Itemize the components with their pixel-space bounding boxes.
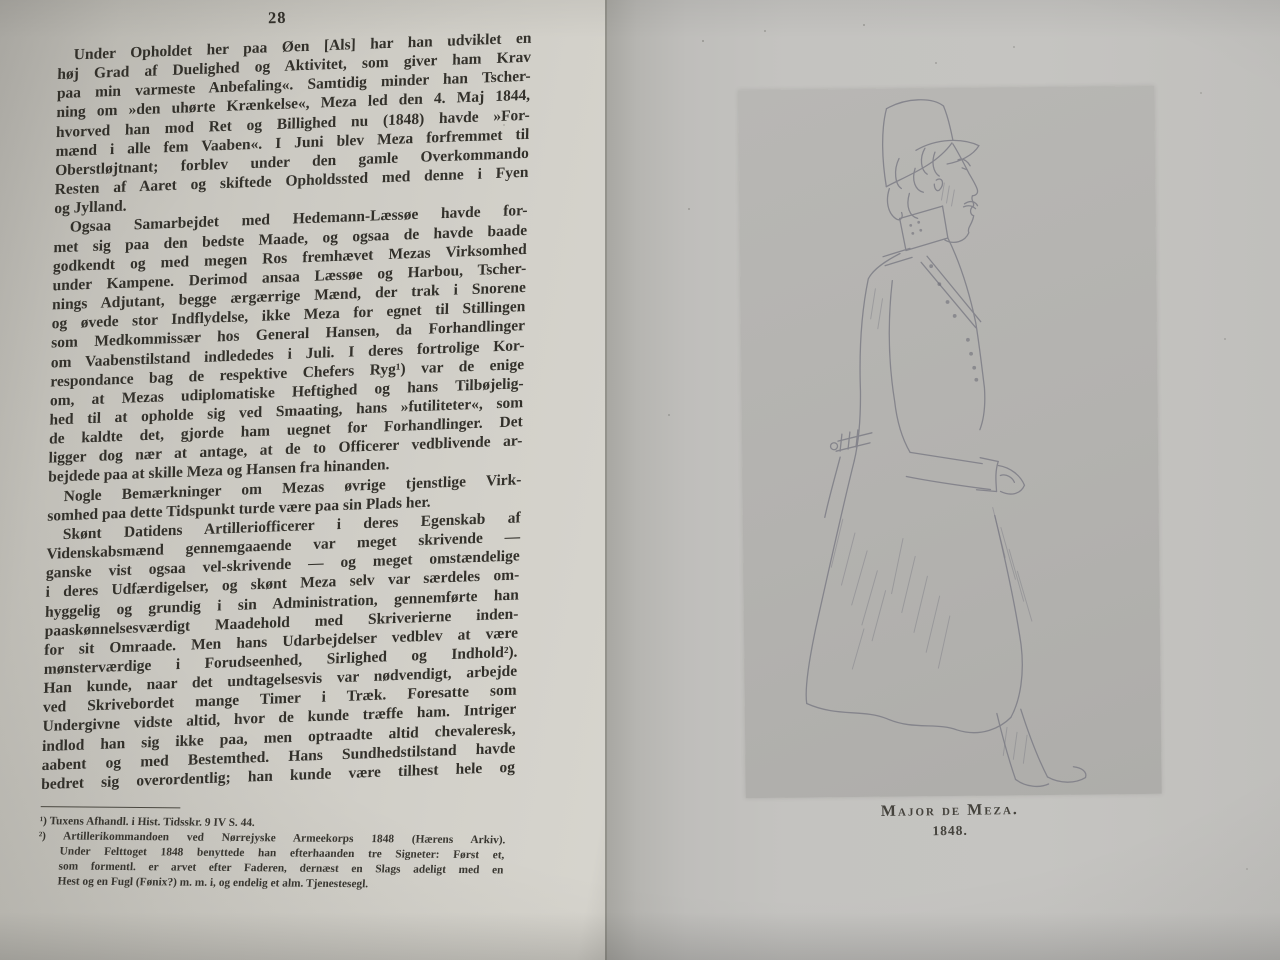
page-number: 28 xyxy=(268,8,287,28)
left-page: 28 Under Opholdet her paa Øen [Als] har … xyxy=(0,0,607,960)
portrait-plate xyxy=(738,86,1161,798)
plate-caption: Major de Meza. xyxy=(742,799,1158,823)
footnotes: ¹) Tuxens Afhandl. i Hist. Tidsskr. 9 IV… xyxy=(35,806,507,893)
plate-caption-year: 1848. xyxy=(742,820,1158,842)
book-photo: 28 Under Opholdet her paa Øen [Als] har … xyxy=(0,0,1280,960)
footnote-rule xyxy=(41,806,181,808)
right-page: Major de Meza. 1848. xyxy=(607,0,1280,960)
portrait-drawing xyxy=(738,86,1161,798)
body-text: Under Opholdet her paa Øen [Als] har han… xyxy=(39,29,532,890)
plate-caption-block: Major de Meza. 1848. xyxy=(742,799,1158,842)
